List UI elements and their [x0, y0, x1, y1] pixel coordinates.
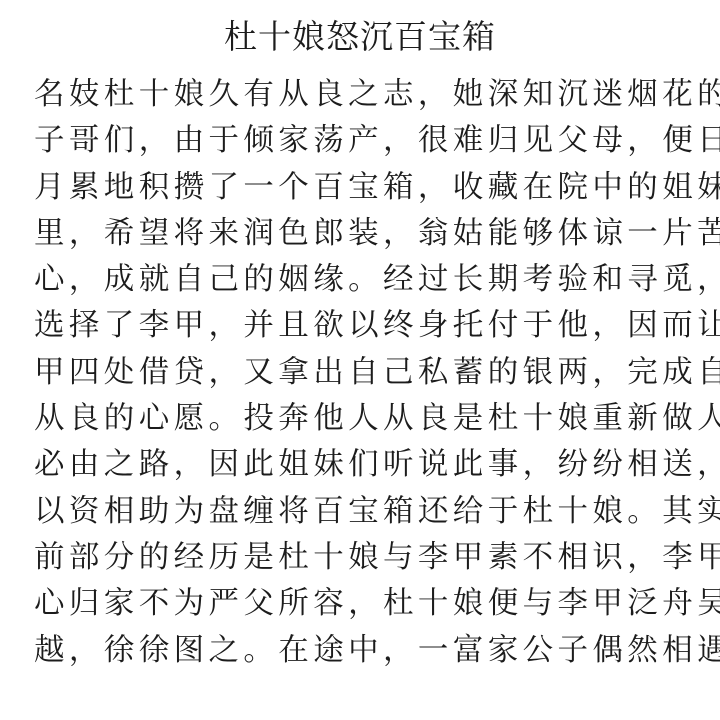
text-line: 越，徐徐图之。在途中，一富家公子偶然相遇， — [34, 628, 694, 674]
text-line: 心，成就自己的姻缘。经过长期考验和寻觅，她 — [34, 257, 694, 303]
text-line: 必由之路，因此姐妹们听说此事，纷纷相送，并 — [34, 442, 694, 488]
text-line: 甲四处借贷，又拿出自己私蓄的银两，完成自己 — [34, 350, 694, 396]
text-line: 月累地积攒了一个百宝箱，收藏在院中的姐妹那 — [34, 165, 694, 211]
document-title: 杜十娘怒沉百宝箱 — [0, 14, 720, 60]
text-line: 以资相助为盘缠将百宝箱还给于杜十娘。其实， — [34, 489, 694, 535]
document-body: 名妓杜十娘久有从良之志，她深知沉迷烟花的公 子哥们，由于倾家荡产，很难归见父母，… — [34, 72, 694, 674]
text-line: 选择了李甲，并且欲以终身托付于他，因而让李 — [34, 303, 694, 349]
text-line: 名妓杜十娘久有从良之志，她深知沉迷烟花的公 — [34, 72, 694, 118]
text-line: 里，希望将来润色郎装，翁姑能够体谅一片苦 — [34, 211, 694, 257]
text-line: 前部分的经历是杜十娘与李甲素不相识，李甲担 — [34, 535, 694, 581]
text-line: 子哥们，由于倾家荡产，很难归见父母，便日积 — [34, 118, 694, 164]
text-line: 心归家不为严父所容，杜十娘便与李甲泛舟吴 — [34, 581, 694, 627]
text-line: 从良的心愿。投奔他人从良是杜十娘重新做人的 — [34, 396, 694, 442]
